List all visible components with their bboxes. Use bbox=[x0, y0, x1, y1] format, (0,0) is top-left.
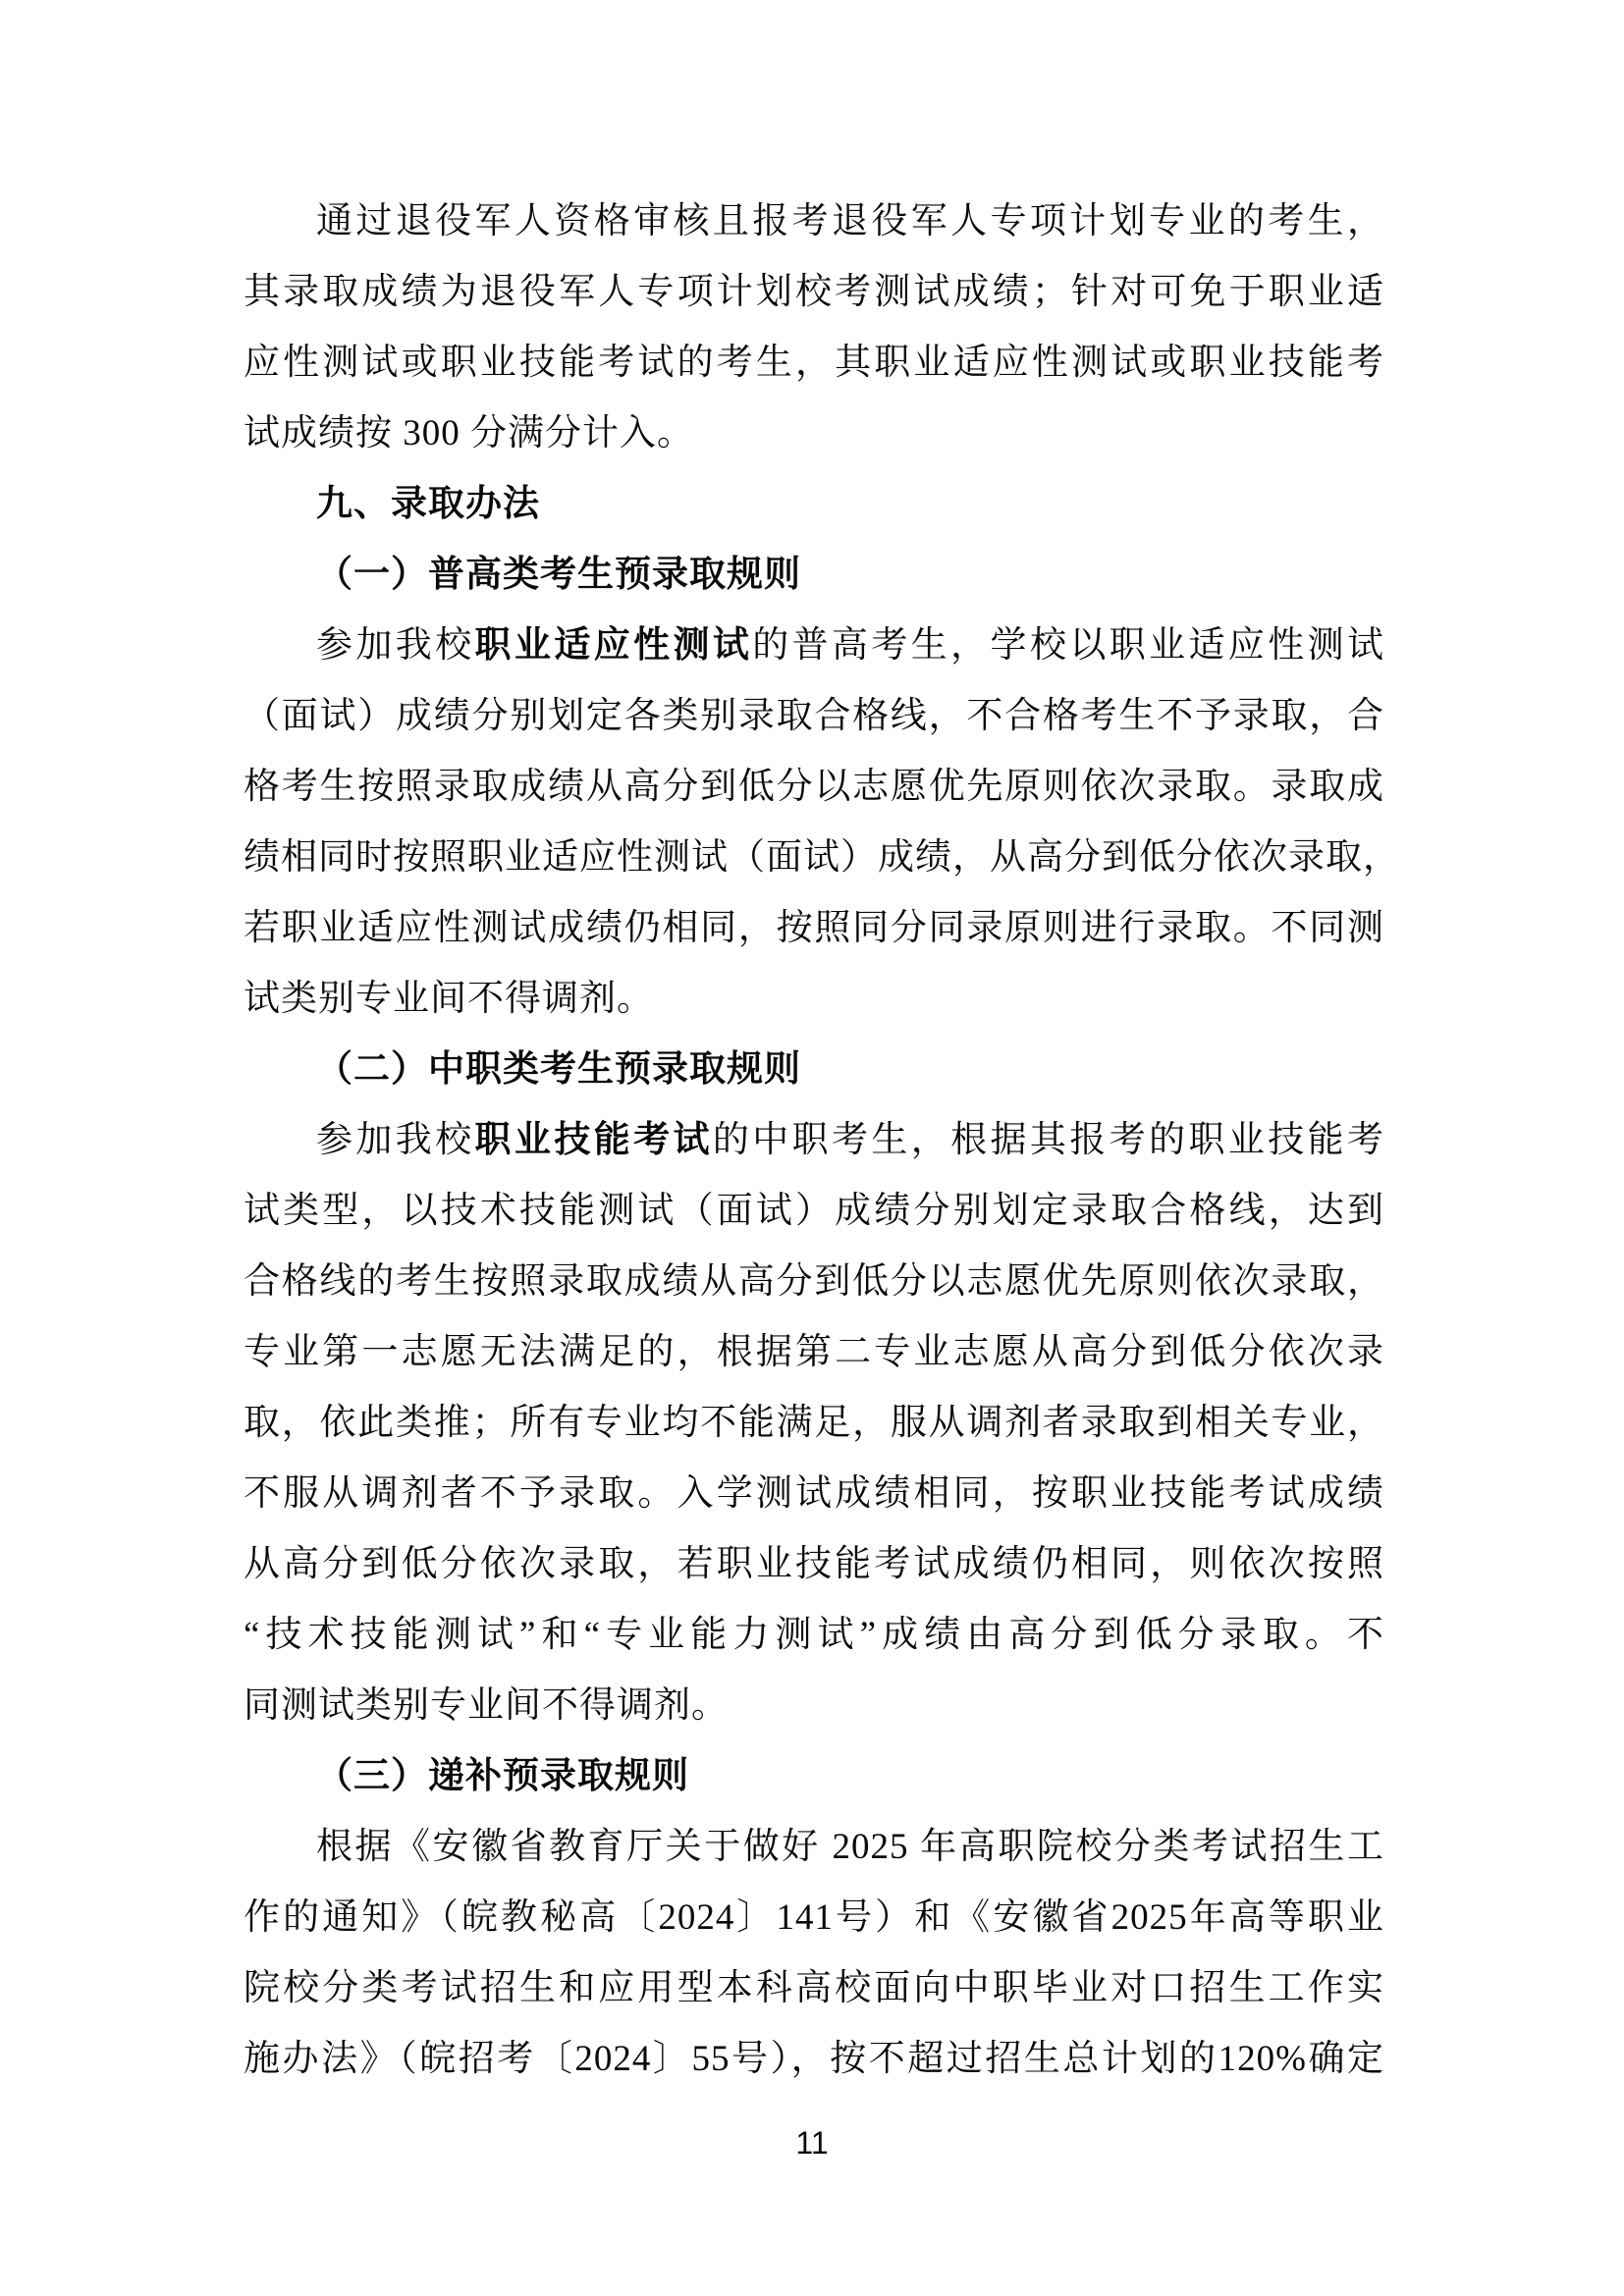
body-text-line: 绩相同时按照职业适应性测试（面试）成绩，从高分到低分依次录取， bbox=[244, 823, 1384, 893]
emphasis-text: （二）中职类考生预录取规则 bbox=[316, 1049, 801, 1090]
body-text-line: 试类别专业间不得调剂。 bbox=[244, 964, 1384, 1035]
body-text-line: （面试）成绩分别划定各类别录取合格线，不合格考生不予录取，合 bbox=[244, 681, 1384, 752]
body-text-line: 从高分到低分依次录取，若职业技能考试成绩仍相同，则依次按照 bbox=[244, 1529, 1384, 1600]
emphasis-text: 职业技能考试 bbox=[475, 1120, 713, 1160]
document-text: 通过退役军人资格审核且报考退役军人专项计划专业的考生，其录取成绩为退役军人专项计… bbox=[244, 187, 1384, 2095]
body-text-line: 试成绩按 300 分满分计入。 bbox=[244, 399, 1384, 469]
text-segment: 院校分类考试招生和应用型本科高校面向中职毕业对口招生工作实 bbox=[244, 1968, 1384, 2008]
emphasis-text: （一）普高类考生预录取规则 bbox=[316, 555, 801, 595]
document-page: 通过退役军人资格审核且报考退役军人专项计划专业的考生，其录取成绩为退役军人专项计… bbox=[0, 0, 1624, 2296]
body-text-line: 参加我校职业适应性测试的普高考生，学校以职业适应性测试 bbox=[244, 611, 1384, 681]
text-segment: （面试）成绩分别划定各类别录取合格线，不合格考生不予录取，合 bbox=[244, 696, 1384, 736]
heading-line: （二）中职类考生预录取规则 bbox=[244, 1035, 1384, 1105]
text-segment: 试类别专业间不得调剂。 bbox=[244, 979, 654, 1019]
text-segment: 绩相同时按照职业适应性测试（面试）成绩，从高分到低分依次录取， bbox=[244, 837, 1384, 878]
text-segment: 取，依此类推；所有专业均不能满足，服从调剂者录取到相关专业， bbox=[244, 1403, 1384, 1443]
body-text-line: 参加我校职业技能考试的中职考生，根据其报考的职业技能考 bbox=[244, 1105, 1384, 1176]
text-segment: 应性测试或职业技能考试的考生，其职业适应性测试或职业技能考 bbox=[244, 343, 1384, 383]
text-segment: 同测试类别专业间不得调剂。 bbox=[244, 1685, 729, 1726]
text-segment: 参加我校 bbox=[316, 1120, 475, 1160]
body-text-line: 合格线的考生按照录取成绩从高分到低分以志愿优先原则依次录取， bbox=[244, 1247, 1384, 1317]
text-segment: 从高分到低分依次录取，若职业技能考试成绩仍相同，则依次按照 bbox=[244, 1544, 1384, 1584]
body-text-line: 取，依此类推；所有专业均不能满足，服从调剂者录取到相关专业， bbox=[244, 1388, 1384, 1459]
text-segment: 其录取成绩为退役军人专项计划校考测试成绩；针对可免于职业适 bbox=[244, 272, 1384, 312]
text-segment: 作的通知》（皖教秘高〔2024〕141号）和《安徽省2025年高等职业 bbox=[244, 1897, 1384, 1938]
emphasis-text: 九、录取办法 bbox=[316, 484, 540, 524]
body-text-line: 施办法》（皖招考〔2024〕55号），按不超过招生总计划的120%确定 bbox=[244, 2024, 1384, 2095]
text-segment: 施办法》（皖招考〔2024〕55号），按不超过招生总计划的120%确定 bbox=[244, 2039, 1384, 2079]
body-text-line: 不服从调剂者不予录取。入学测试成绩相同，按职业技能考试成绩 bbox=[244, 1459, 1384, 1529]
heading-line: （三）递补预录取规则 bbox=[244, 1741, 1384, 1812]
body-text-line: 同测试类别专业间不得调剂。 bbox=[244, 1671, 1384, 1741]
body-text-line: 若职业适应性测试成绩仍相同，按照同分同录原则进行录取。不同测 bbox=[244, 893, 1384, 964]
text-segment: 参加我校 bbox=[316, 625, 475, 666]
body-text-line: 作的通知》（皖教秘高〔2024〕141号）和《安徽省2025年高等职业 bbox=[244, 1883, 1384, 1953]
body-text-line: 应性测试或职业技能考试的考生，其职业适应性测试或职业技能考 bbox=[244, 328, 1384, 399]
body-text-line: 专业第一志愿无法满足的，根据第二专业志愿从高分到低分依次录 bbox=[244, 1317, 1384, 1388]
text-segment: 试成绩按 300 分满分计入。 bbox=[244, 413, 694, 454]
heading-line: （一）普高类考生预录取规则 bbox=[244, 540, 1384, 611]
text-segment: 通过退役军人资格审核且报考退役军人专项计划专业的考生， bbox=[316, 201, 1384, 241]
text-segment: 根据《安徽省教育厅关于做好 2025 年高职院校分类考试招生工 bbox=[316, 1827, 1384, 1867]
text-segment: 专业第一志愿无法满足的，根据第二专业志愿从高分到低分依次录 bbox=[244, 1332, 1384, 1372]
text-segment: 合格线的考生按照录取成绩从高分到低分以志愿优先原则依次录取， bbox=[244, 1261, 1384, 1302]
text-segment: 若职业适应性测试成绩仍相同，按照同分同录原则进行录取。不同测 bbox=[244, 908, 1384, 948]
body-text-line: 其录取成绩为退役军人专项计划校考测试成绩；针对可免于职业适 bbox=[244, 257, 1384, 328]
text-segment: 格考生按照录取成绩从高分到低分以志愿优先原则依次录取。录取成 bbox=[244, 767, 1384, 807]
body-text-line: “技术技能测试”和“专业能力测试”成绩由高分到低分录取。不 bbox=[244, 1600, 1384, 1671]
emphasis-text: （三）递补预录取规则 bbox=[316, 1756, 689, 1796]
body-text-line: 根据《安徽省教育厅关于做好 2025 年高职院校分类考试招生工 bbox=[244, 1812, 1384, 1883]
text-segment: 的中职考生，根据其报考的职业技能考 bbox=[713, 1120, 1384, 1160]
body-text-line: 格考生按照录取成绩从高分到低分以志愿优先原则依次录取。录取成 bbox=[244, 752, 1384, 823]
heading-line: 九、录取办法 bbox=[244, 469, 1384, 540]
text-segment: 的普高考生，学校以职业适应性测试 bbox=[752, 625, 1384, 666]
body-text-line: 通过退役军人资格审核且报考退役军人专项计划专业的考生， bbox=[244, 187, 1384, 257]
text-segment: 不服从调剂者不予录取。入学测试成绩相同，按职业技能考试成绩 bbox=[244, 1473, 1384, 1514]
emphasis-text: 职业适应性测试 bbox=[475, 625, 753, 666]
body-text-line: 院校分类考试招生和应用型本科高校面向中职毕业对口招生工作实 bbox=[244, 1953, 1384, 2024]
page-number: 11 bbox=[0, 2123, 1624, 2163]
text-segment: 试类型，以技术技能测试（面试）成绩分别划定录取合格线，达到 bbox=[244, 1191, 1384, 1231]
body-text-line: 试类型，以技术技能测试（面试）成绩分别划定录取合格线，达到 bbox=[244, 1176, 1384, 1247]
text-segment: “技术技能测试”和“专业能力测试”成绩由高分到低分录取。不 bbox=[244, 1615, 1384, 1655]
